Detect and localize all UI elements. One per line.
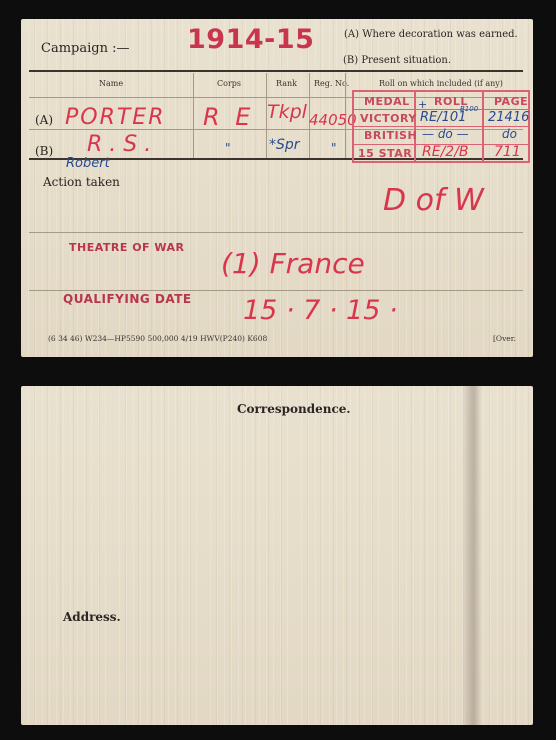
column-header-name: Name — [99, 79, 123, 88]
correspondence-label: Correspondence. — [237, 402, 351, 416]
legend-a: (A) Where decoration was earned. — [344, 29, 518, 40]
column-header-rank: Rank — [276, 79, 297, 88]
british-roll: — do — — [422, 127, 469, 141]
qualifying-date-value: 15 · 7 · 15 · — [243, 295, 398, 326]
fold-shadow — [462, 386, 482, 725]
column-header-corps: Corps — [217, 79, 241, 88]
initials: R . S . — [87, 132, 151, 157]
corps-ditto: " — [225, 141, 231, 155]
forename-annotation: Robert — [66, 156, 110, 171]
stamp-header-page: PAGE — [494, 95, 528, 108]
victory-page: 21416 — [488, 110, 529, 125]
action-taken-label: Action taken — [43, 175, 120, 189]
header-rule — [29, 70, 523, 72]
star-page: 711 — [494, 144, 521, 160]
medal-british: BRITISH — [364, 129, 417, 142]
form-print-code: (6 34 46) W234—HP5590 500,000 4/19 HWV(P… — [48, 334, 267, 343]
theatre-of-war-value: (1) France — [221, 247, 365, 280]
medal-card-back: Correspondence. Address. — [21, 386, 533, 725]
corps-value: R E — [203, 103, 254, 131]
reg-no-value: 44050 — [309, 111, 357, 129]
row-a-marker: (A) — [35, 113, 53, 127]
victory-roll-note: B100 — [460, 105, 478, 113]
surname: PORTER — [65, 105, 166, 130]
address-label: Address. — [63, 610, 121, 624]
medal-victory: VICTORY — [360, 112, 417, 125]
column-header-reg-no: Reg. No. — [314, 79, 349, 88]
qualifying-date-label: QUALIFYING DATE — [63, 292, 192, 306]
legend-b: (B) Present situation. — [343, 55, 451, 66]
stamp-header-medal: MEDAL — [364, 95, 410, 108]
section-rule — [29, 232, 523, 233]
campaign-year-stamp: 1914-15 — [187, 24, 314, 55]
action-taken-value: D of W — [383, 183, 484, 218]
medal-card-front: Campaign :— 1914-15 (A) Where decoration… — [21, 19, 533, 357]
medal-15-star: 15 STAR — [358, 147, 412, 160]
column-divider — [193, 73, 194, 159]
star-roll: RE/2/B — [422, 144, 469, 160]
campaign-label: Campaign :— — [41, 41, 129, 56]
rank-value: Tkpl — [267, 101, 307, 123]
over-indicator: [Over. — [493, 334, 516, 343]
british-page: do — [502, 127, 517, 141]
row-b-marker: (B) — [35, 144, 53, 158]
column-header-roll: Roll on which included (if any) — [379, 79, 503, 88]
section-rule — [29, 290, 523, 291]
rank-b-value: *Spr — [269, 137, 300, 153]
medal-roll-stamp: MEDAL ROLL PAGE VICTORY + RE/101 B100 21… — [352, 90, 530, 163]
theatre-of-war-label: THEATRE OF WAR — [69, 241, 185, 254]
reg-no-ditto: " — [331, 141, 337, 155]
